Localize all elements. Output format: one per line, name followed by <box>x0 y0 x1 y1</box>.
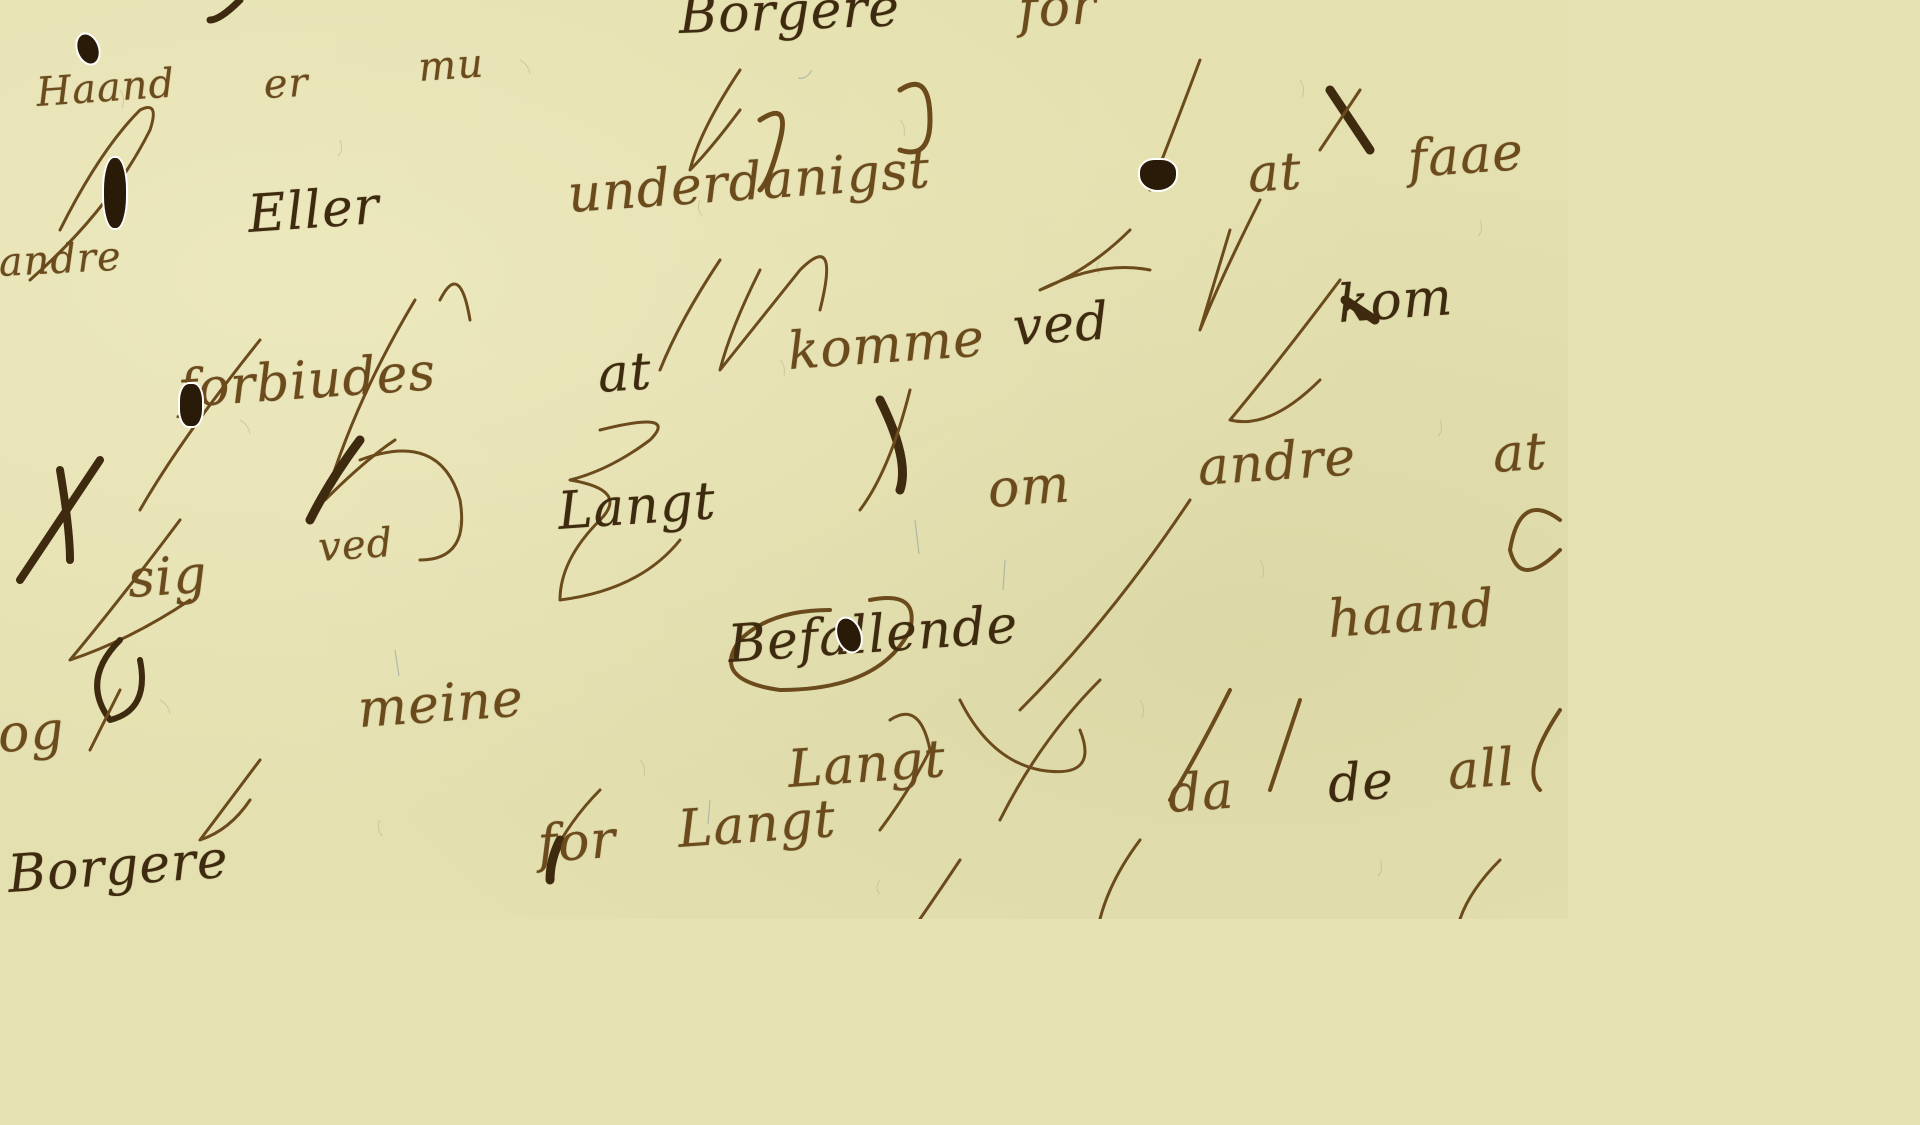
ink-blot <box>104 158 126 228</box>
word: Borgere <box>6 830 231 905</box>
word: ved <box>1011 291 1111 358</box>
word: forbiudes <box>176 342 438 420</box>
word: og <box>0 701 66 765</box>
word: at <box>1491 421 1549 485</box>
word: all <box>1446 737 1517 802</box>
word: kom <box>1336 267 1455 335</box>
word: for <box>1017 0 1098 40</box>
word: Haand <box>35 60 177 116</box>
word: Eller <box>246 176 382 245</box>
word: da <box>1166 761 1236 825</box>
word: ved <box>317 520 395 571</box>
word: andre <box>1196 427 1358 498</box>
ink-blot <box>1140 160 1176 190</box>
word: Langt <box>786 729 948 800</box>
word: om <box>986 454 1073 520</box>
word: andre <box>0 234 123 286</box>
ink-blot <box>180 384 202 426</box>
word: faae <box>1406 122 1526 190</box>
word: at <box>596 341 654 405</box>
word: for <box>536 810 618 875</box>
word: Borgere <box>678 0 901 46</box>
word: at <box>1246 141 1304 205</box>
word: Befallende <box>726 595 1020 675</box>
word: Langt <box>676 789 838 860</box>
word: er <box>263 60 310 108</box>
word: haand <box>1326 578 1497 650</box>
word: underdanigst <box>566 140 932 225</box>
manuscript-page: Borgere for Haand er mu Eller underdanig… <box>0 0 1568 919</box>
word: mu <box>417 41 486 91</box>
word: meine <box>356 669 526 740</box>
word: de <box>1326 751 1396 815</box>
word: Langt <box>556 471 718 542</box>
word: sig <box>126 545 210 610</box>
word: komme <box>786 308 987 382</box>
ink-blot <box>73 31 102 66</box>
